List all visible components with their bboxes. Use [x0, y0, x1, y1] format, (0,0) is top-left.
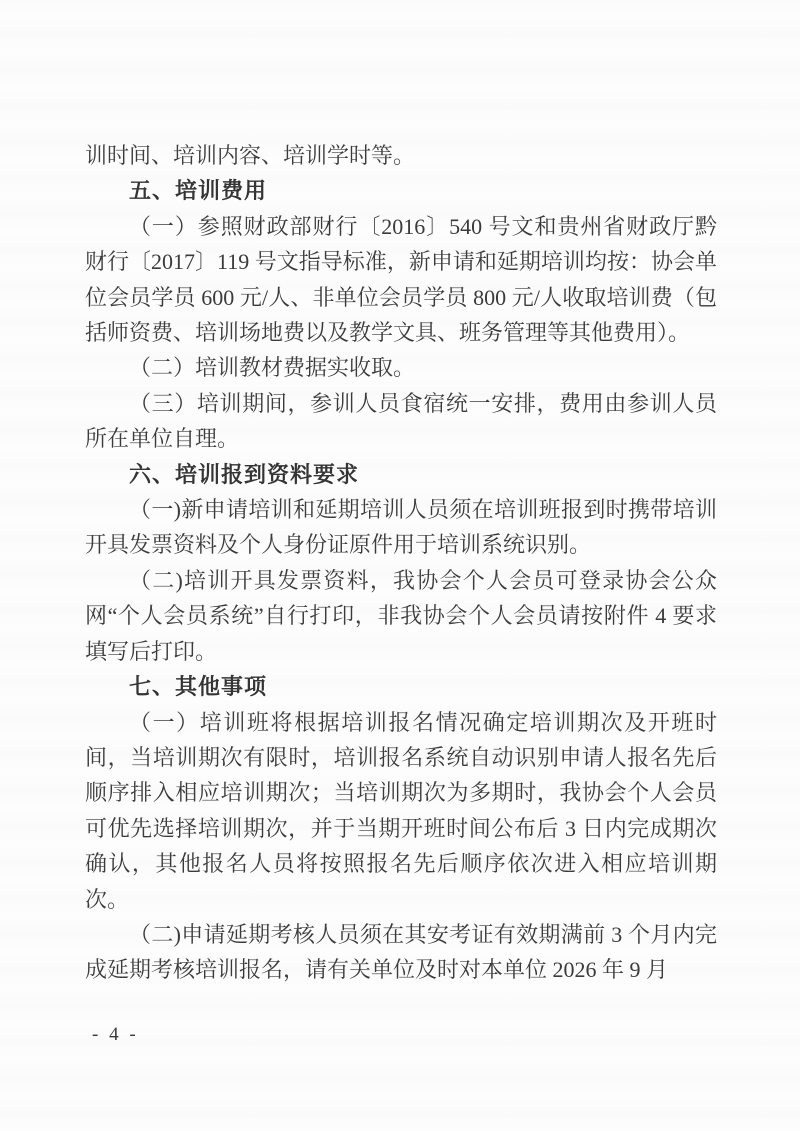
paragraph: （一)新申请培训和延期培训人员须在培训班报到时携带培训开具发票资料及个人身份证原…: [85, 492, 717, 563]
paragraph: （一）参照财政部财行〔2016〕540 号文和贵州省财政厅黔财行〔2017〕11…: [85, 209, 717, 351]
section-heading-other-matters: 七、其他事项: [85, 669, 717, 704]
page-number: - 4 -: [92, 1024, 139, 1046]
section-heading-training-fees: 五、培训费用: [85, 173, 717, 208]
document-body: 训时间、培训内容、培训学时等。 五、培训费用 （一）参照财政部财行〔2016〕5…: [85, 138, 717, 988]
section-heading-registration-materials: 六、培训报到资料要求: [85, 457, 717, 492]
paragraph: （二）培训教材费据实收取。: [85, 350, 717, 385]
paragraph-continuation: 训时间、培训内容、培训学时等。: [85, 138, 717, 173]
paragraph: （一）培训班将根据培训报名情况确定培训期次及开班时间，当培训期次有限时，培训报名…: [85, 705, 717, 917]
document-page: 训时间、培训内容、培训学时等。 五、培训费用 （一）参照财政部财行〔2016〕5…: [0, 0, 800, 1131]
paragraph: （三）培训期间，参训人员食宿统一安排，费用由参训人员所在单位自理。: [85, 386, 717, 457]
paragraph: （二)培训开具发票资料，我协会个人会员可登录协会公众网“个人会员系统”自行打印，…: [85, 563, 717, 669]
paragraph: （二)申请延期考核人员须在其安考证有效期满前 3 个月内完成延期考核培训报名，请…: [85, 917, 717, 988]
